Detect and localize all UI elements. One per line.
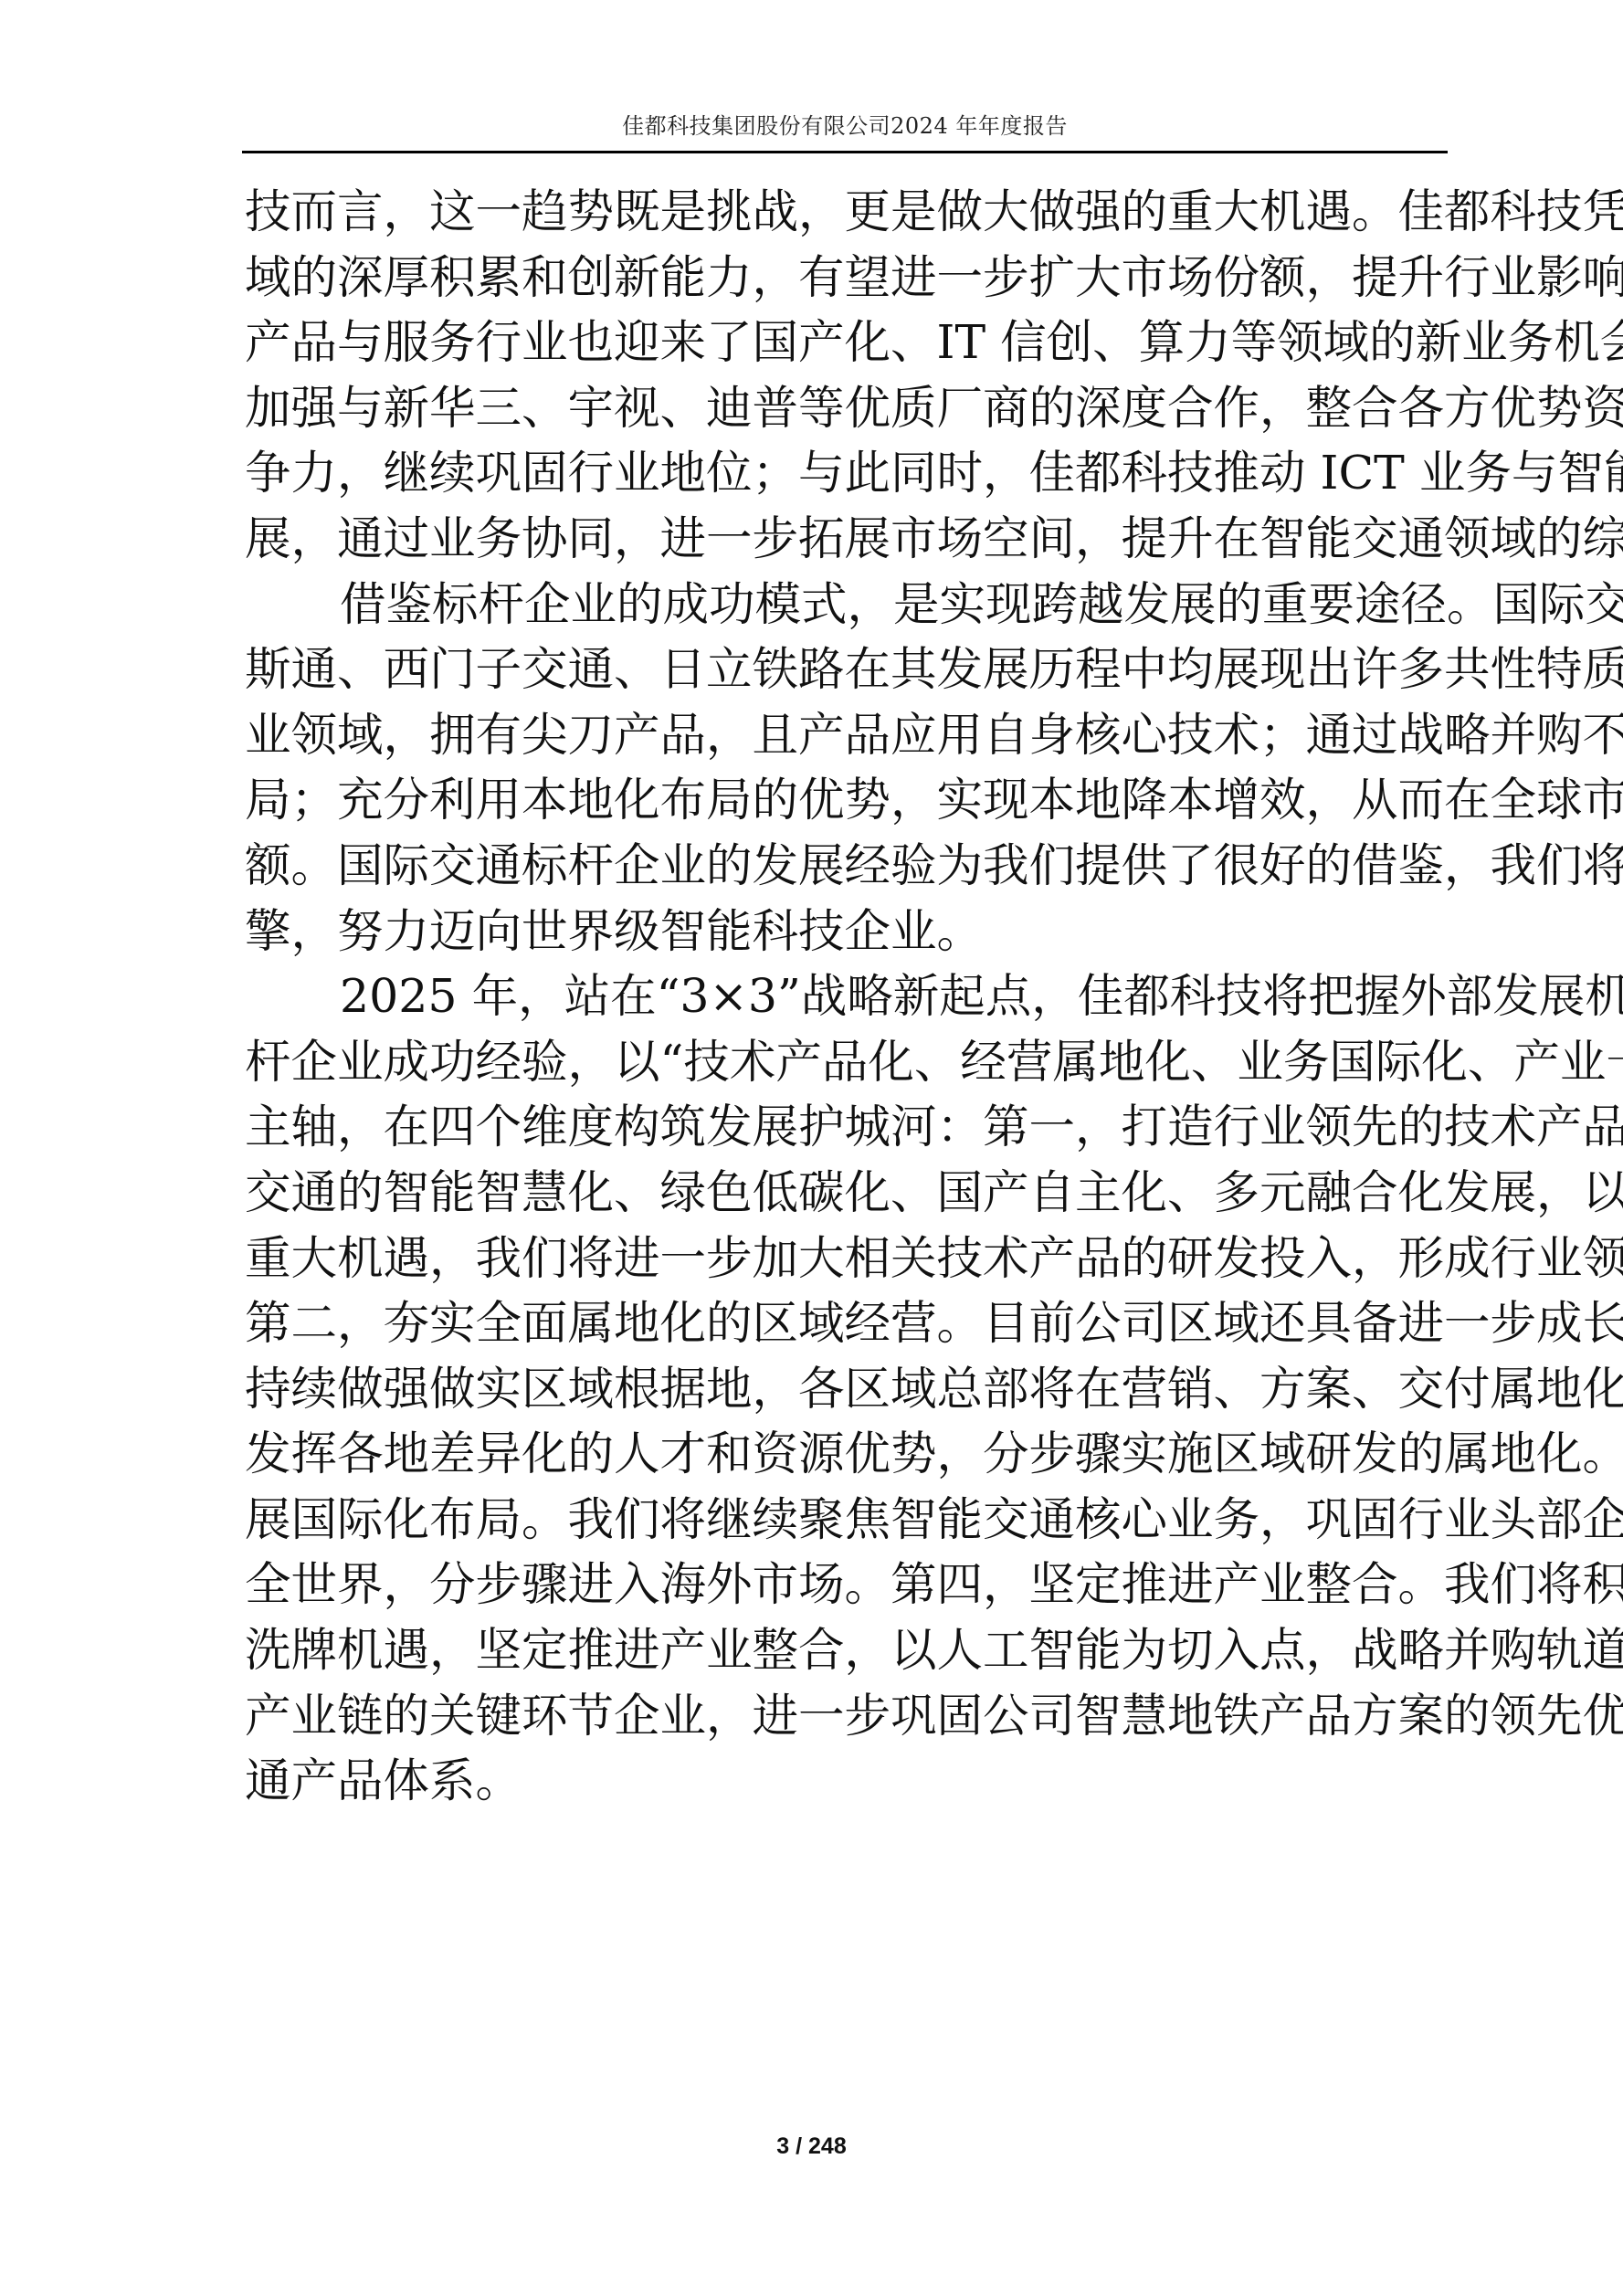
text-line: 域的深厚积累和创新能力，有望进一步扩大市场份额，提升行业影响力。同时，ICT xyxy=(245,245,1447,311)
text-line: 争力，继续巩固行业地位；与此同时，佳都科技推动 ICT 业务与智能交通业务融合发 xyxy=(245,440,1447,506)
text-line: 持续做强做实区域根据地，各区域总部将在营销、方案、交付属地化的基础上，充分 xyxy=(245,1356,1447,1422)
text-line: 展国际化布局。我们将继续聚焦智能交通核心业务，巩固行业头部企业地位，并面向 xyxy=(245,1487,1447,1553)
text-line: 杆企业成功经验，以“技术产品化、经营属地化、业务国际化、产业一体化”为战略 xyxy=(245,1029,1447,1095)
paragraph-1: 技而言，这一趋势既是挑战，更是做大做强的重大机遇。佳都科技凭借在智能交通领 域的… xyxy=(245,179,1447,572)
text-line: 第二，夯实全面属地化的区域经营。目前公司区域还具备进一步成长的条件，我们将 xyxy=(245,1290,1447,1356)
text-line: 重大机遇，我们将进一步加大相关技术产品的研发投入，形成行业领先的技术产品。 xyxy=(245,1226,1447,1291)
paragraph-3: 2025 年，站在“3×3”战略新起点，佳都科技将把握外部发展机遇，借鉴国际标 … xyxy=(245,964,1447,1814)
text-line: 洗牌机遇，坚定推进产业整合，以人工智能为切入点，战略并购轨道交通、城市交通 xyxy=(245,1617,1447,1683)
text-line: 主轴，在四个维度构筑发展护城河：第一，打造行业领先的技术产品。聚焦城市轨道 xyxy=(245,1094,1447,1160)
page-number: 3 / 248 xyxy=(0,2133,1623,2160)
text-line: 借鉴标杆企业的成功模式，是实现跨越发展的重要途径。国际交通标杆企业阿尔 xyxy=(245,572,1447,637)
text-line: 展，通过业务协同，进一步拓展市场空间，提升在智能交通领域的综合服务能力。 xyxy=(245,506,1447,572)
text-line: 发挥各地差异化的人才和资源优势，分步骤实施区域研发的属地化。第三，分步骤开 xyxy=(245,1421,1447,1487)
text-line: 斯通、西门子交通、日立铁路在其发展历程中均展现出许多共性特质：产品覆盖全专 xyxy=(245,637,1447,702)
text-line: 局；充分利用本地化布局的优势，实现本地降本增效，从而在全球市场中占据重要份 xyxy=(245,767,1447,833)
text-line: 通产品体系。 xyxy=(245,1748,1447,1814)
text-line: 产业链的关键环节企业，进一步巩固公司智慧地铁产品方案的领先优势和智慧城市交 xyxy=(245,1683,1447,1749)
text-line: 加强与新华三、宇视、迪普等优质厂商的深度合作，整合各方优势资源，提升整体竞 xyxy=(245,375,1447,441)
header-divider xyxy=(242,151,1448,153)
text-line: 擎，努力迈向世界级智能科技企业。 xyxy=(245,899,1447,964)
text-line: 全世界，分步骤进入海外市场。第四，坚定推进产业整合。我们将积极把握交通行业 xyxy=(245,1552,1447,1617)
text-line: 技而言，这一趋势既是挑战，更是做大做强的重大机遇。佳都科技凭借在智能交通领 xyxy=(245,179,1447,245)
text-line: 业领域，拥有尖刀产品，且产品应用自身核心技术；通过战略并购不断完善产业链布 xyxy=(245,702,1447,768)
text-line: 额。国际交通标杆企业的发展经验为我们提供了很好的借鉴，我们将以技术产品为引 xyxy=(245,833,1447,899)
text-line: 2025 年，站在“3×3”战略新起点，佳都科技将把握外部发展机遇，借鉴国际标 xyxy=(245,964,1447,1029)
page-header-title: 佳都科技集团股份有限公司2024 年年度报告 xyxy=(242,108,1448,144)
text-line: 交通的智能智慧化、绿色低碳化、国产自主化、多元融合化发展，以及车路云协同的 xyxy=(245,1160,1447,1226)
text-line: 产品与服务行业也迎来了国产化、IT 信创、算力等领域的新业务机会，佳都科技坚定 xyxy=(245,310,1447,375)
report-body: 技而言，这一趋势既是挑战，更是做大做强的重大机遇。佳都科技凭借在智能交通领 域的… xyxy=(245,179,1447,1814)
paragraph-2: 借鉴标杆企业的成功模式，是实现跨越发展的重要途径。国际交通标杆企业阿尔 斯通、西… xyxy=(245,572,1447,964)
